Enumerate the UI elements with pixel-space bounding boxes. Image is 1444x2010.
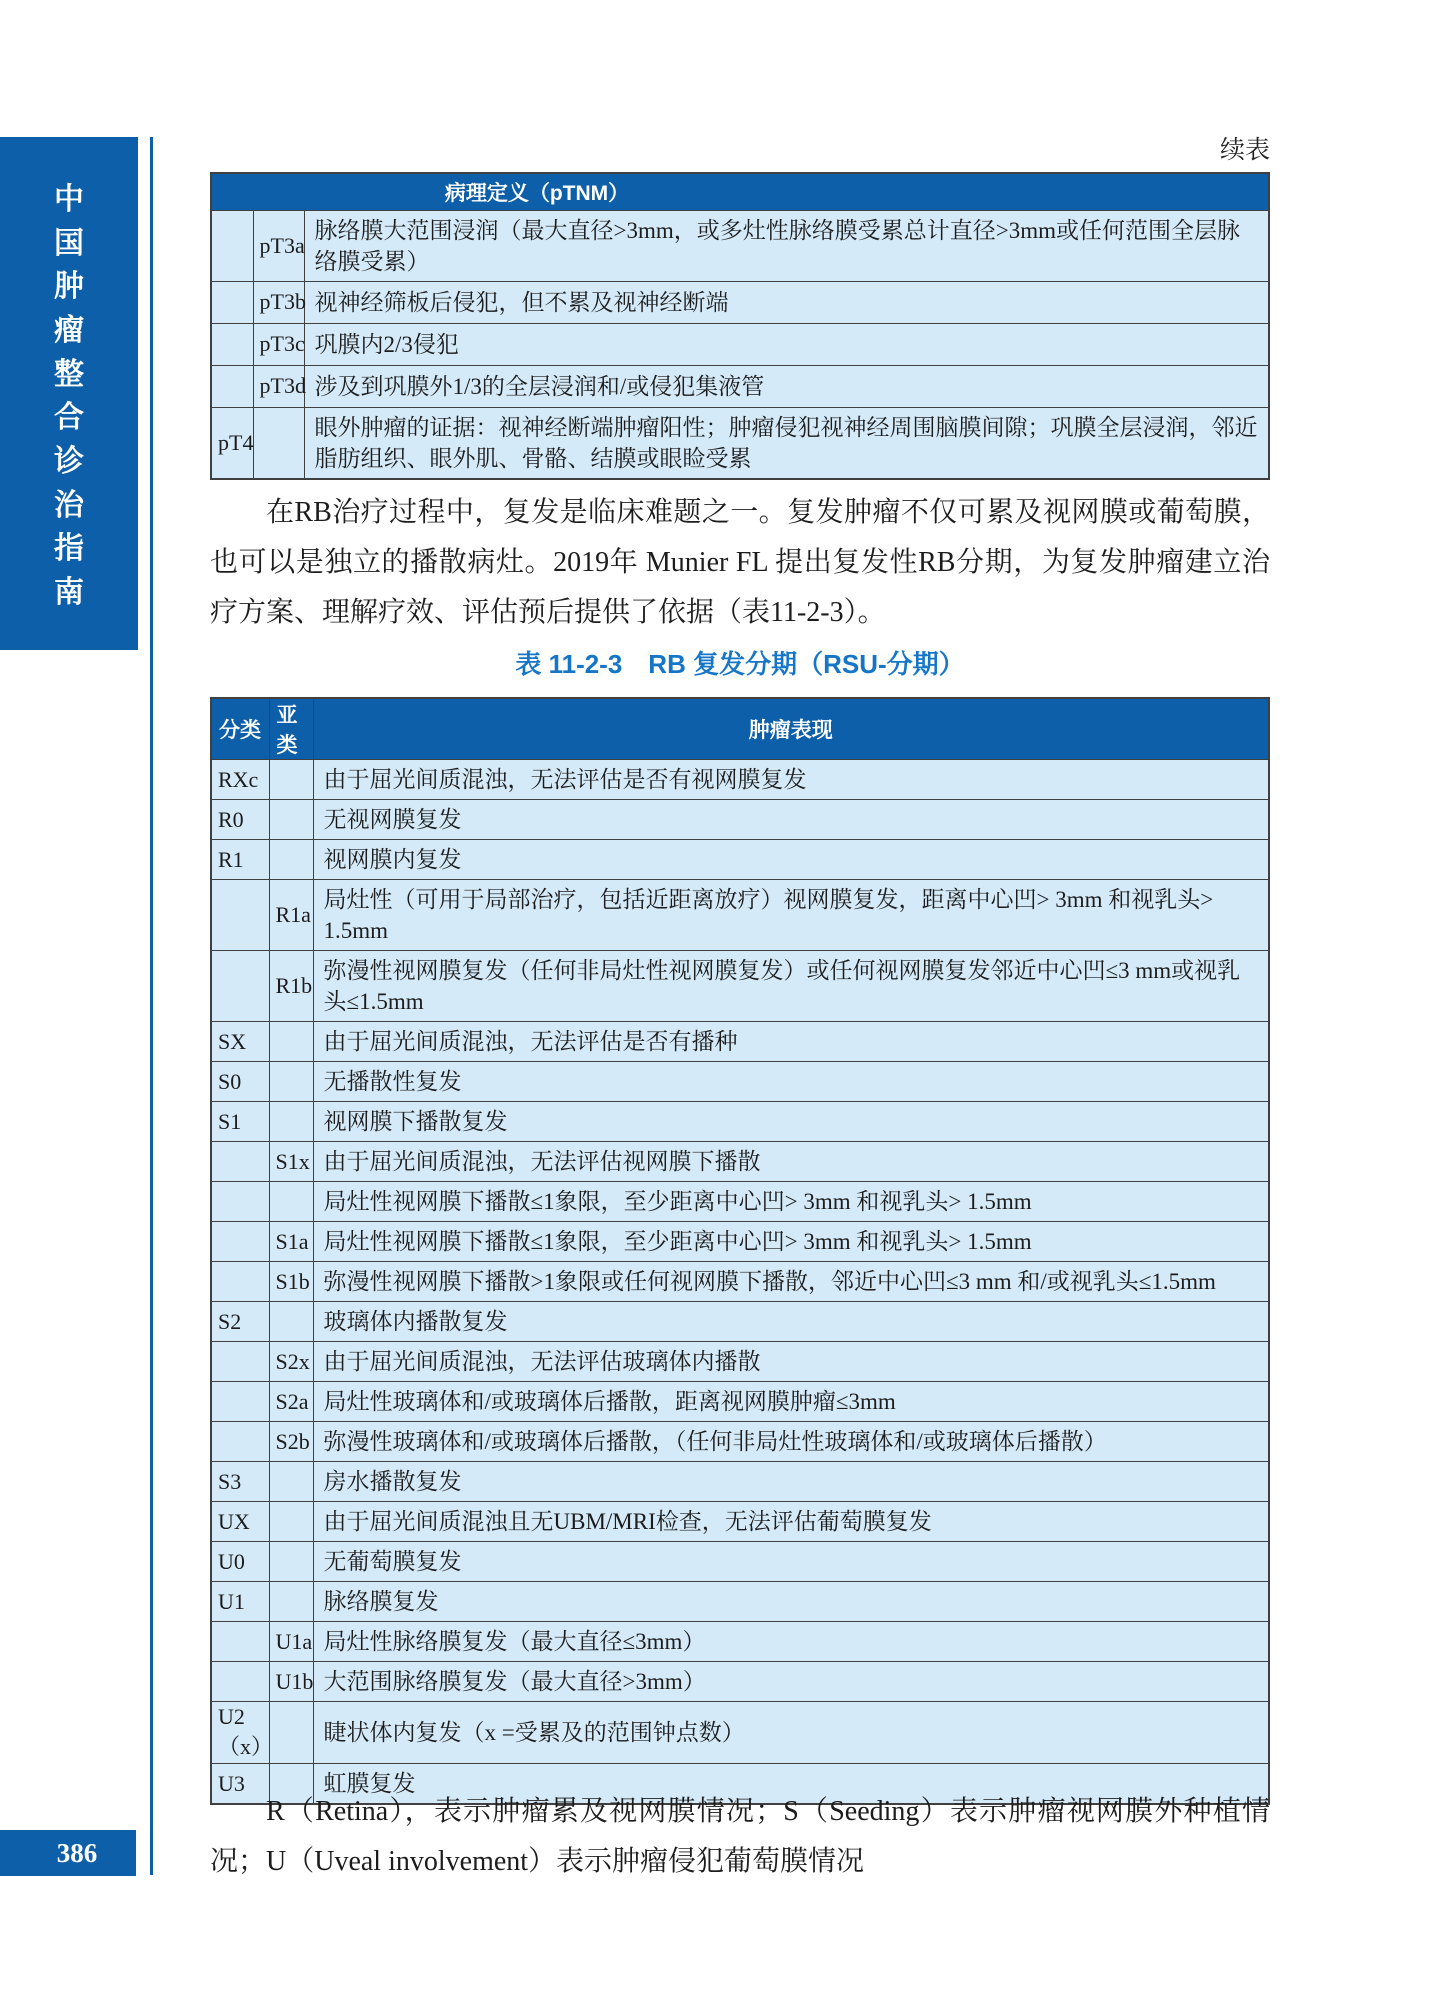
rsu-subclass-cell: U1a: [269, 1622, 313, 1662]
rsu-subclass-cell: S2a: [269, 1382, 313, 1422]
rsu-subclass-cell: [269, 1462, 313, 1502]
rsu-class-cell: [211, 951, 269, 1022]
sidebar-title-char: 国: [54, 229, 84, 259]
book-page: 中国肿瘤整合诊治指南 386 续表 病理定义（pTNM） pT3a脉络膜大范围浸…: [0, 0, 1444, 2010]
rsu-table-row: U1a局灶性脉络膜复发（最大直径≤3mm）: [211, 1622, 1269, 1662]
rsu-description-cell: 局灶性视网膜下播散≤1象限，至少距离中心凹> 3mm 和视乳头> 1.5mm: [313, 1222, 1269, 1262]
sidebar-title-char: 诊: [54, 447, 84, 477]
rsu-class-cell: SX: [211, 1022, 269, 1062]
sidebar-title-char: 合: [54, 403, 84, 433]
sidebar-title-char: 南: [54, 578, 84, 608]
rsu-subclass-cell: U1b: [269, 1662, 313, 1702]
rsu-description-cell: 局灶性（可用于局部治疗，包括近距离放疗）视网膜复发，距离中心凹> 3mm 和视乳…: [313, 880, 1269, 951]
rsu-header-row: 分类亚类肿瘤表现: [211, 698, 1269, 760]
rsu-subclass-cell: S1x: [269, 1142, 313, 1182]
rsu-table-row: R1a局灶性（可用于局部治疗，包括近距离放疗）视网膜复发，距离中心凹> 3mm …: [211, 880, 1269, 951]
rsu-description-cell: 大范围脉络膜复发（最大直径>3mm）: [313, 1662, 1269, 1702]
rsu-class-cell: R0: [211, 800, 269, 840]
ptnm-table-row: pT3a脉络膜大范围浸润（最大直径>3mm，或多灶性脉络膜受累总计直径>3mm或…: [211, 210, 1269, 281]
rsu-class-cell: [211, 1382, 269, 1422]
rsu-description-cell: 视网膜内复发: [313, 840, 1269, 880]
rsu-table: 分类亚类肿瘤表现 RXc由于屈光间质混浊，无法评估是否有视网膜复发R0无视网膜复…: [210, 697, 1270, 1805]
rsu-table-row: R1视网膜内复发: [211, 840, 1269, 880]
rsu-class-cell: [211, 880, 269, 951]
sidebar-title-char: 肿: [54, 272, 84, 302]
sidebar-title-char: 瘤: [54, 316, 84, 346]
rsu-subclass-cell: R1b: [269, 951, 313, 1022]
rsu-class-cell: U2（x）: [211, 1702, 269, 1764]
ptnm-category-cell: pT4: [211, 407, 253, 479]
rsu-class-cell: S0: [211, 1062, 269, 1102]
ptnm-category-cell: [211, 281, 253, 323]
ptnm-description-cell: 涉及到巩膜外1/3的全层浸润和/或侵犯集液管: [304, 365, 1269, 407]
rsu-table-row: S1x由于屈光间质混浊，无法评估视网膜下播散: [211, 1142, 1269, 1182]
ptnm-table-row: pT4眼外肿瘤的证据：视神经断端肿瘤阳性；肿瘤侵犯视神经周围脑膜间隙；巩膜全层浸…: [211, 407, 1269, 479]
rsu-class-cell: [211, 1342, 269, 1382]
rsu-table-row: S2b弥漫性玻璃体和/或玻璃体后播散，（任何非局灶性玻璃体和/或玻璃体后播散）: [211, 1422, 1269, 1462]
rsu-class-cell: R1: [211, 840, 269, 880]
sidebar-title-char: 治: [54, 491, 84, 521]
rsu-description-cell: 弥漫性玻璃体和/或玻璃体后播散，（任何非局灶性玻璃体和/或玻璃体后播散）: [313, 1422, 1269, 1462]
rsu-class-cell: RXc: [211, 760, 269, 800]
rsu-class-cell: S3: [211, 1462, 269, 1502]
rsu-table-row: S0无播散性复发: [211, 1062, 1269, 1102]
ptnm-table-row: pT3d涉及到巩膜外1/3的全层浸润和/或侵犯集液管: [211, 365, 1269, 407]
rsu-table-row: S3房水播散复发: [211, 1462, 1269, 1502]
rsu-table-row: U2（x）睫状体内复发（x =受累及的范围钟点数）: [211, 1702, 1269, 1764]
ptnm-description-cell: 巩膜内2/3侵犯: [304, 323, 1269, 365]
ptnm-subcategory-cell: [253, 407, 304, 479]
rsu-table-row: U0无葡萄膜复发: [211, 1542, 1269, 1582]
rsu-description-cell: 局灶性玻璃体和/或玻璃体后播散，距离视网膜肿瘤≤3mm: [313, 1382, 1269, 1422]
sidebar-divider-rule: [150, 137, 153, 1875]
ptnm-description-cell: 脉络膜大范围浸润（最大直径>3mm，或多灶性脉络膜受累总计直径>3mm或任何范围…: [304, 210, 1269, 281]
rsu-header-cell: 分类: [211, 698, 269, 760]
rsu-description-cell: 局灶性视网膜下播散≤1象限，至少距离中心凹> 3mm 和视乳头> 1.5mm: [313, 1182, 1269, 1222]
rsu-class-cell: [211, 1262, 269, 1302]
rsu-table-row: S1视网膜下播散复发: [211, 1102, 1269, 1142]
rsu-description-cell: 由于屈光间质混浊，无法评估玻璃体内播散: [313, 1342, 1269, 1382]
ptnm-description-cell: 视神经筛板后侵犯，但不累及视神经断端: [304, 281, 1269, 323]
rsu-subclass-cell: [269, 1582, 313, 1622]
rsu-subclass-cell: [269, 840, 313, 880]
rsu-description-cell: 弥漫性视网膜复发（任何非局灶性视网膜复发）或任何视网膜复发邻近中心凹≤3 mm或…: [313, 951, 1269, 1022]
rsu-description-cell: 局灶性脉络膜复发（最大直径≤3mm）: [313, 1622, 1269, 1662]
rsu-description-cell: 玻璃体内播散复发: [313, 1302, 1269, 1342]
ptnm-table: 病理定义（pTNM） pT3a脉络膜大范围浸润（最大直径>3mm，或多灶性脉络膜…: [210, 172, 1270, 480]
rsu-table-title: 表 11-2-3 RB 复发分期（RSU-分期）: [210, 644, 1270, 681]
rsu-class-cell: [211, 1622, 269, 1662]
rsu-class-cell: S2: [211, 1302, 269, 1342]
ptnm-header-cell: 病理定义（pTNM）: [211, 173, 1269, 210]
rsu-class-cell: [211, 1142, 269, 1182]
rsu-legend-paragraph: R（Retina），表示肿瘤累及视网膜情况；S（Seeding）表示肿瘤视网膜外…: [210, 1787, 1270, 1887]
rsu-header-cell: 肿瘤表现: [313, 698, 1269, 760]
page-number: 386: [57, 1838, 98, 1869]
rsu-subclass-cell: [269, 1182, 313, 1222]
rsu-header-cell: 亚类: [269, 698, 313, 760]
sidebar-title-char: 中: [54, 185, 84, 215]
rsu-class-cell: UX: [211, 1502, 269, 1542]
rsu-class-cell: [211, 1662, 269, 1702]
rsu-class-cell: U1: [211, 1582, 269, 1622]
rsu-subclass-cell: S1b: [269, 1262, 313, 1302]
rsu-table-row: S1a局灶性视网膜下播散≤1象限，至少距离中心凹> 3mm 和视乳头> 1.5m…: [211, 1222, 1269, 1262]
ptnm-description-cell: 眼外肿瘤的证据：视神经断端肿瘤阳性；肿瘤侵犯视神经周围脑膜间隙；巩膜全层浸润，邻…: [304, 407, 1269, 479]
rsu-subclass-cell: [269, 1102, 313, 1142]
continued-table-label: 续表: [210, 130, 1270, 166]
rsu-table-row: UX由于屈光间质混浊且无UBM/MRI检查，无法评估葡萄膜复发: [211, 1502, 1269, 1542]
ptnm-subcategory-cell: pT3d: [253, 365, 304, 407]
ptnm-header-row: 病理定义（pTNM）: [211, 173, 1269, 210]
sidebar-title: 中国肿瘤整合诊治指南: [0, 137, 138, 650]
rsu-description-cell: 无播散性复发: [313, 1062, 1269, 1102]
page-number-badge: 386: [0, 1830, 136, 1876]
ptnm-subcategory-cell: pT3a: [253, 210, 304, 281]
rsu-class-cell: U0: [211, 1542, 269, 1582]
rsu-description-cell: 无视网膜复发: [313, 800, 1269, 840]
rsu-subclass-cell: [269, 800, 313, 840]
rsu-class-cell: [211, 1222, 269, 1262]
rsu-table-row: U1脉络膜复发: [211, 1582, 1269, 1622]
rsu-description-cell: 由于屈光间质混浊，无法评估是否有视网膜复发: [313, 760, 1269, 800]
rsu-subclass-cell: S2x: [269, 1342, 313, 1382]
rsu-table-body: RXc由于屈光间质混浊，无法评估是否有视网膜复发R0无视网膜复发R1视网膜内复发…: [211, 760, 1269, 1805]
rsu-table-row: S2a局灶性玻璃体和/或玻璃体后播散，距离视网膜肿瘤≤3mm: [211, 1382, 1269, 1422]
ptnm-category-cell: [211, 323, 253, 365]
ptnm-table-body: pT3a脉络膜大范围浸润（最大直径>3mm，或多灶性脉络膜受累总计直径>3mm或…: [211, 210, 1269, 479]
rb-recurrence-paragraph: 在RB治疗过程中，复发是临床难题之一。复发肿瘤不仅可累及视网膜或葡萄膜，也可以是…: [210, 488, 1270, 638]
rsu-description-cell: 由于屈光间质混浊，无法评估视网膜下播散: [313, 1142, 1269, 1182]
rsu-table-row: S2玻璃体内播散复发: [211, 1302, 1269, 1342]
ptnm-category-cell: [211, 210, 253, 281]
rsu-table-row: S1b弥漫性视网膜下播散>1象限或任何视网膜下播散，邻近中心凹≤3 mm 和/或…: [211, 1262, 1269, 1302]
rsu-subclass-cell: [269, 1022, 313, 1062]
rsu-table-row: S2x由于屈光间质混浊，无法评估玻璃体内播散: [211, 1342, 1269, 1382]
rsu-subclass-cell: [269, 1502, 313, 1542]
ptnm-subcategory-cell: pT3b: [253, 281, 304, 323]
rsu-description-cell: 由于屈光间质混浊，无法评估是否有播种: [313, 1022, 1269, 1062]
sidebar-title-char: 整: [54, 360, 84, 390]
rsu-table-row: RXc由于屈光间质混浊，无法评估是否有视网膜复发: [211, 760, 1269, 800]
rsu-description-cell: 由于屈光间质混浊且无UBM/MRI检查，无法评估葡萄膜复发: [313, 1502, 1269, 1542]
rsu-table-row: R0无视网膜复发: [211, 800, 1269, 840]
rsu-subclass-cell: [269, 1542, 313, 1582]
sidebar-title-char: 指: [54, 534, 84, 564]
rsu-class-cell: S1: [211, 1102, 269, 1142]
rsu-table-row: U1b大范围脉络膜复发（最大直径>3mm）: [211, 1662, 1269, 1702]
ptnm-table-row: pT3b视神经筛板后侵犯，但不累及视神经断端: [211, 281, 1269, 323]
ptnm-category-cell: [211, 365, 253, 407]
rsu-subclass-cell: R1a: [269, 880, 313, 951]
rsu-subclass-cell: [269, 1302, 313, 1342]
rsu-description-cell: 无葡萄膜复发: [313, 1542, 1269, 1582]
rsu-subclass-cell: [269, 1702, 313, 1764]
ptnm-subcategory-cell: pT3c: [253, 323, 304, 365]
rsu-description-cell: 弥漫性视网膜下播散>1象限或任何视网膜下播散，邻近中心凹≤3 mm 和/或视乳头…: [313, 1262, 1269, 1302]
rsu-description-cell: 房水播散复发: [313, 1462, 1269, 1502]
rsu-subclass-cell: S1a: [269, 1222, 313, 1262]
rsu-subclass-cell: S2b: [269, 1422, 313, 1462]
rsu-description-cell: 睫状体内复发（x =受累及的范围钟点数）: [313, 1702, 1269, 1764]
rsu-description-cell: 脉络膜复发: [313, 1582, 1269, 1622]
rsu-description-cell: 视网膜下播散复发: [313, 1102, 1269, 1142]
rsu-subclass-cell: [269, 1062, 313, 1102]
ptnm-table-row: pT3c巩膜内2/3侵犯: [211, 323, 1269, 365]
rsu-table-row: R1b弥漫性视网膜复发（任何非局灶性视网膜复发）或任何视网膜复发邻近中心凹≤3 …: [211, 951, 1269, 1022]
rsu-table-row: SX由于屈光间质混浊，无法评估是否有播种: [211, 1022, 1269, 1062]
rsu-subclass-cell: [269, 760, 313, 800]
rsu-class-cell: [211, 1182, 269, 1222]
rsu-table-row: 局灶性视网膜下播散≤1象限，至少距离中心凹> 3mm 和视乳头> 1.5mm: [211, 1182, 1269, 1222]
rsu-class-cell: [211, 1422, 269, 1462]
